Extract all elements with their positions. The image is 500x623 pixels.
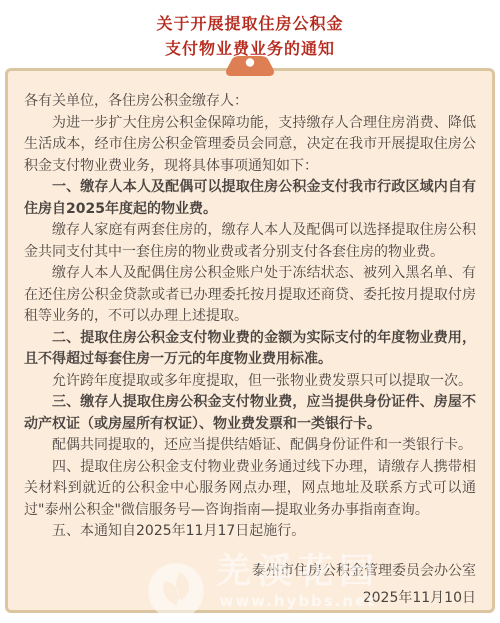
notice-paragraph: 配偶共同提取的，还应当提供结婚证、配偶身份证件和一类银行卡。 [24,435,476,457]
notice-paragraph: 五、本通知自2025年11月17日起施行。 [24,521,476,543]
notice-salutation: 各有关单位，各住房公积金缴存人： [24,91,476,113]
notice-body-panel: 各有关单位，各住房公积金缴存人： 为进一步扩大住房公积金保障功能，支持缴存人合理… [5,68,495,613]
notice-paragraph: 二、提取住房公积金支付物业费的金额为实际支付的年度物业费用，且不得超过每套住房一… [24,328,476,371]
notice-content: 各有关单位，各住房公积金缴存人： 为进一步扩大住房公积金保障功能，支持缴存人合理… [8,71,492,543]
clipboard-clasp-icon [222,56,278,76]
notice-paragraph: 缴存人家庭有两套住房的，缴存人本人及配偶可以选择提取住房公积金共同支付其中一套住… [24,220,476,263]
notice-paragraph: 一、缴存人本人及配偶可以提取住房公积金支付我市行政区域内自有住房自2025年度起… [24,177,476,220]
signature-office: 泰州市住房公积金管理委员会办公室 [24,558,476,585]
notice-paragraph: 缴存人本人及配偶住房公积金账户处于冻结状态、被列入黑名单、有在还住房公积金贷款或… [24,263,476,328]
notice-page: { "header": { "title_line1": "关于开展提取住房公积… [0,0,500,623]
notice-paragraphs: 为进一步扩大住房公积金保障功能，支持缴存人合理住房消费、降低生活成本，经市住房公… [24,113,476,543]
notice-paragraph: 允许跨年度提取或多年度提取，但一张物业费发票只可以提取一次。 [24,371,476,393]
notice-title: 关于开展提取住房公积金 支付物业费业务的通知 [0,0,500,61]
notice-paragraph: 三、缴存人提取住房公积金支付物业费，应当提供身份证件、房屋不动产权证（或房屋所有… [24,392,476,435]
signature-block: 泰州市住房公积金管理委员会办公室 2025年11月10日 [8,558,492,612]
notice-title-line1: 关于开展提取住房公积金 [156,14,343,33]
notice-paragraph: 为进一步扩大住房公积金保障功能，支持缴存人合理住房消费、降低生活成本，经市住房公… [24,113,476,178]
signature-date: 2025年11月10日 [24,585,476,612]
notice-paragraph: 四、提取住房公积金支付物业费业务通过线下办理，请缴存人携带相关材料到就近的公积金… [24,457,476,522]
